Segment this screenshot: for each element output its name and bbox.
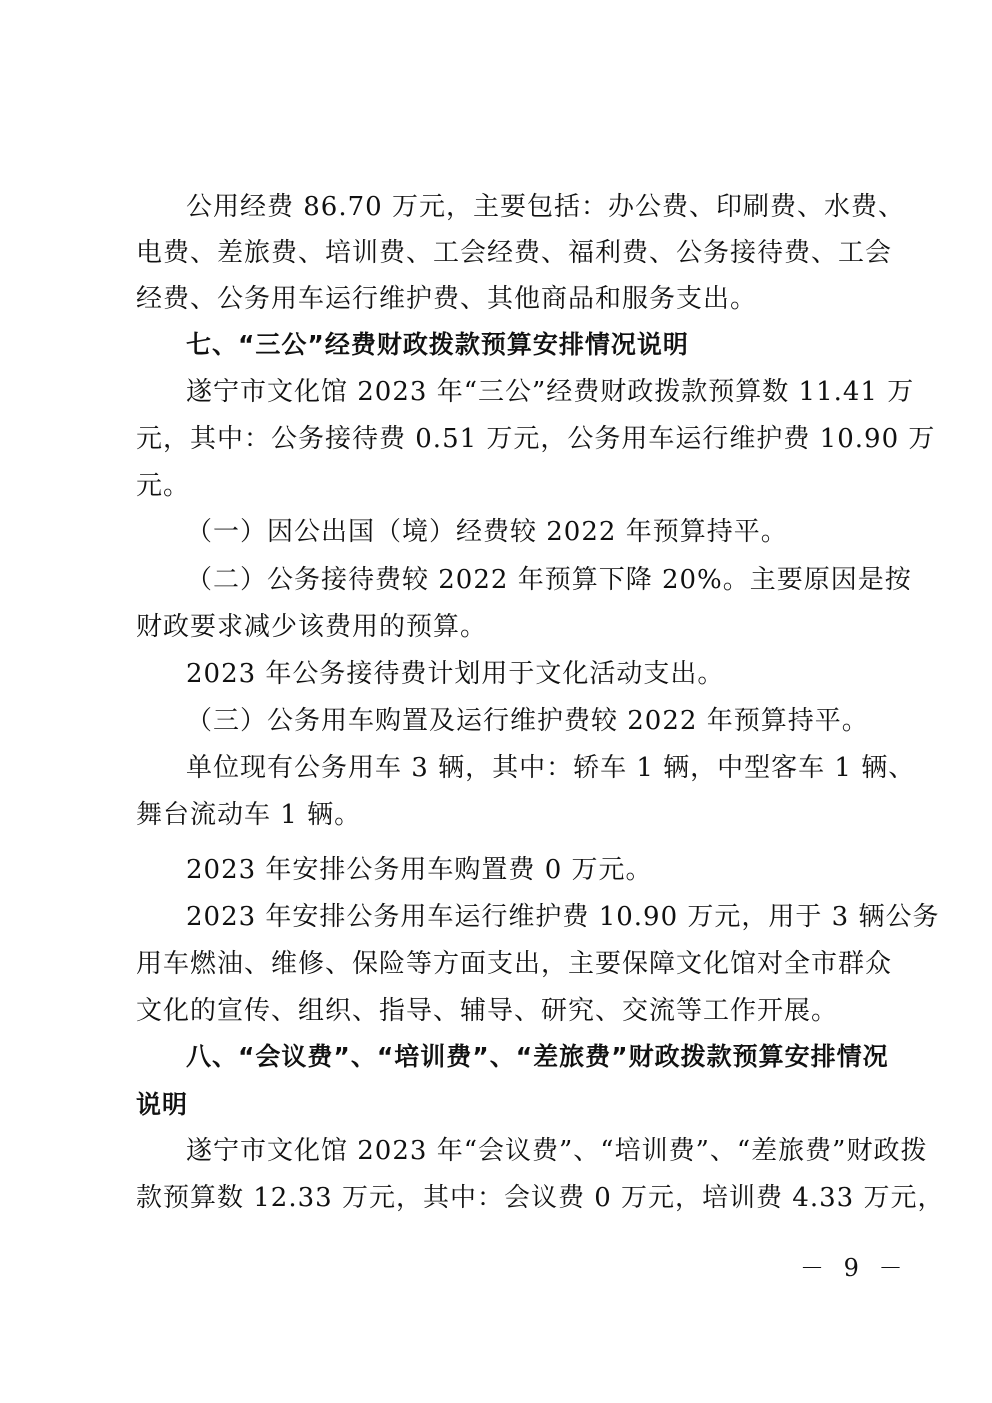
paragraph-line: 款预算数 12.33 万元，其中：会议费 0 万元，培训费 4.33 万元， — [136, 1181, 872, 1215]
section-heading-8: 八、“会议费”、“培训费”、“差旅费”财政拨款预算安排情况 — [186, 1040, 872, 1074]
paragraph-line: 2023 年安排公务用车购置费 0 万元。 — [186, 853, 872, 887]
paragraph-line: 遂宁市文化馆 2023 年“会议费”、“培训费”、“差旅费”财政拨 — [186, 1134, 872, 1168]
paragraph-line: 2023 年公务接待费计划用于文化活动支出。 — [186, 657, 872, 691]
paragraph-line: 电费、差旅费、培训费、工会经费、福利费、公务接待费、工会 — [136, 236, 872, 270]
page-number: － 9 － — [800, 1248, 909, 1283]
paragraph-line: 单位现有公务用车 3 辆，其中：轿车 1 辆，中型客车 1 辆、 — [186, 751, 872, 785]
paragraph-line: 舞台流动车 1 辆。 — [136, 798, 872, 832]
paragraph-line: 经费、公务用车运行维护费、其他商品和服务支出。 — [136, 282, 872, 316]
paragraph-line: 用车燃油、维修、保险等方面支出，主要保障文化馆对全市群众 — [136, 947, 872, 981]
paragraph-line: 遂宁市文化馆 2023 年“三公”经费财政拨款预算数 11.41 万 — [186, 375, 872, 409]
subsection-item-2: （二）公务接待费较 2022 年预算下降 20%。主要原因是按 — [186, 563, 872, 597]
paragraph-line: 元。 — [136, 469, 872, 503]
document-page: 公用经费 86.70 万元，主要包括：办公费、印刷费、水费、 电费、差旅费、培训… — [0, 0, 992, 1403]
section-heading-8-continued: 说明 — [136, 1088, 872, 1122]
paragraph-line: 2023 年安排公务用车运行维护费 10.90 万元，用于 3 辆公务 — [186, 900, 872, 934]
paragraph-line: 公用经费 86.70 万元，主要包括：办公费、印刷费、水费、 — [186, 190, 872, 224]
subsection-item-3: （三）公务用车购置及运行维护费较 2022 年预算持平。 — [186, 704, 872, 738]
section-heading-7: 七、“三公”经费财政拨款预算安排情况说明 — [186, 328, 872, 362]
paragraph-line: 元，其中：公务接待费 0.51 万元，公务用车运行维护费 10.90 万 — [136, 422, 872, 456]
subsection-item-1: （一）因公出国（境）经费较 2022 年预算持平。 — [186, 515, 872, 549]
paragraph-line: 财政要求减少该费用的预算。 — [136, 610, 872, 644]
paragraph-line: 文化的宣传、组织、指导、辅导、研究、交流等工作开展。 — [136, 994, 872, 1028]
